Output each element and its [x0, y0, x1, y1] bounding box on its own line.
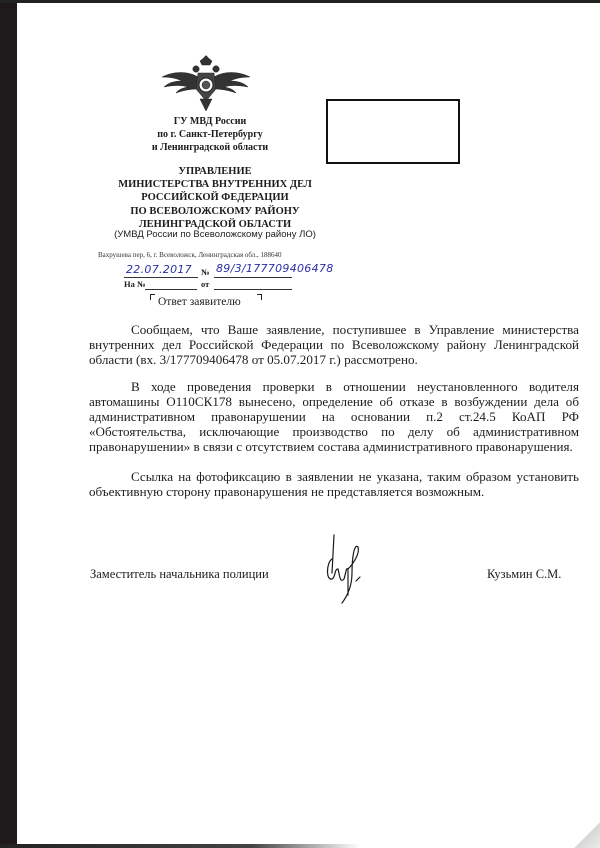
date-underline	[124, 277, 198, 278]
page-corner-fold	[574, 822, 600, 848]
addressee-label: Ответ заявителю	[158, 296, 241, 308]
body-paragraph-3: Ссылка на фотофиксацию в заявлении не ук…	[89, 469, 579, 499]
department-line: ПО ВСЕВОЛОЖСКОМУ РАЙОНУ	[85, 205, 345, 218]
scan-edge-top	[0, 0, 600, 3]
signatory-name: Кузьмин С.М.	[487, 567, 561, 582]
paragraph-text: Сообщаем, что Ваше заявление, поступивше…	[89, 322, 579, 367]
number-underline	[214, 277, 292, 278]
signatory-title: Заместитель начальника полиции	[90, 567, 269, 582]
corner-bracket-left	[150, 294, 155, 300]
department-name: УПРАВЛЕНИЕ МИНИСТЕРСТВА ВНУТРЕННИХ ДЕЛ Р…	[85, 165, 345, 231]
outgoing-date: 22.07.2017	[126, 263, 192, 276]
handwritten-signature-icon	[318, 533, 378, 613]
department-short-name: (УМВД России по Всеволожскому району ЛО)	[85, 229, 345, 240]
org-line: по г. Санкт-Петербургу	[110, 128, 310, 141]
department-line: МИНИСТЕРСТВА ВНУТРЕННИХ ДЕЛ	[85, 178, 345, 191]
paragraph-text: Ссылка на фотофиксацию в заявлении не ук…	[89, 469, 579, 499]
scan-edge-bottom	[0, 844, 360, 848]
scan-edge-left	[0, 0, 17, 848]
redacted-addressee-box	[326, 99, 460, 164]
number-label: №	[201, 267, 210, 277]
department-address: Вахрушева пер, 6, г. Всеволожск, Ленингр…	[98, 251, 282, 259]
body-paragraph-2: В ходе проведения проверки в отношении н…	[89, 379, 579, 454]
org-line: и Ленинградской области	[110, 141, 310, 154]
mvd-eagle-emblem-icon	[160, 55, 252, 113]
paragraph-text: В ходе проведения проверки в отношении н…	[89, 379, 579, 454]
org-line: ГУ МВД России	[110, 115, 310, 128]
ref-number-underline	[145, 289, 197, 290]
department-line: РОССИЙСКОЙ ФЕДЕРАЦИИ	[85, 191, 345, 204]
outgoing-number: 89/3/177709406478	[216, 262, 334, 275]
ref-date-underline	[214, 289, 292, 290]
ref-date-label: от	[201, 279, 209, 289]
ref-number-label: На №	[124, 279, 146, 289]
body-paragraph-1: Сообщаем, что Ваше заявление, поступивше…	[89, 322, 579, 367]
corner-bracket-right	[257, 294, 262, 300]
organization-name: ГУ МВД России по г. Санкт-Петербургу и Л…	[110, 115, 310, 154]
department-line: УПРАВЛЕНИЕ	[85, 165, 345, 178]
